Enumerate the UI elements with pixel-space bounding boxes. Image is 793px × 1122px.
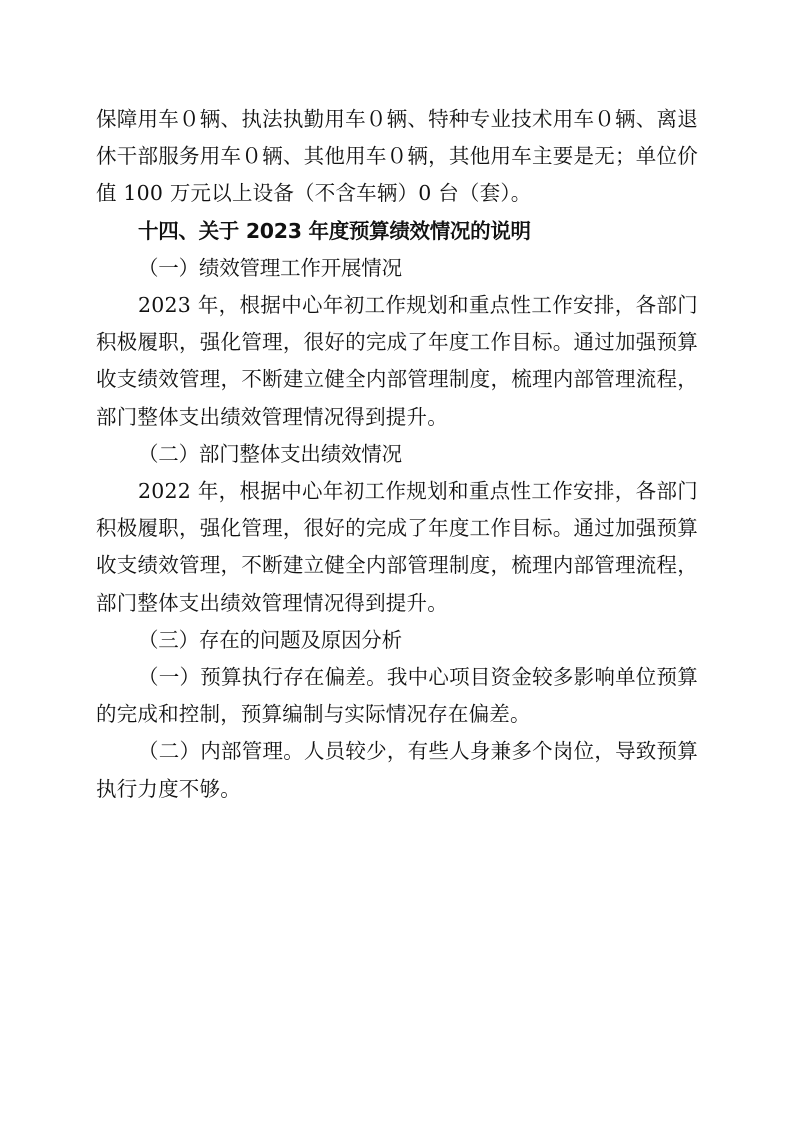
paragraph: （二）内部管理。人员较少，有些人身兼多个岗位，导致预算执行力度不够。 (96, 733, 698, 807)
subsection-overall-expenditure: （二）部门整体支出绩效情况 2022 年，根据中心年初工作规划和重点性工作安排，… (96, 436, 698, 622)
intro-paragraph: 保障用车０辆、执法执勤用车０辆、特种专业技术用车０辆、离退休干部服务用车０辆、其… (96, 101, 698, 213)
section-heading: 十四、关于 2023 年度预算绩效情况的说明 (96, 213, 698, 250)
subsection-heading: （一）绩效管理工作开展情况 (96, 250, 698, 287)
document-page: 保障用车０辆、执法执勤用车０辆、特种专业技术用车０辆、离退休干部服务用车０辆、其… (96, 101, 698, 808)
subsection-heading: （三）存在的问题及原因分析 (96, 622, 698, 659)
paragraph: 2023 年，根据中心年初工作规划和重点性工作安排，各部门积极履职，强化管理，很… (96, 287, 698, 436)
subsection-problems-analysis: （三）存在的问题及原因分析 （一）预算执行存在偏差。我中心项目资金较多影响单位预… (96, 622, 698, 808)
subsection-heading: （二）部门整体支出绩效情况 (96, 436, 698, 473)
paragraph: （一）预算执行存在偏差。我中心项目资金较多影响单位预算的完成和控制，预算编制与实… (96, 659, 698, 733)
section-budget-performance: 十四、关于 2023 年度预算绩效情况的说明 （一）绩效管理工作开展情况 202… (96, 213, 698, 808)
paragraph: 2022 年，根据中心年初工作规划和重点性工作安排，各部门积极履职，强化管理，很… (96, 473, 698, 622)
subsection-performance-management: （一）绩效管理工作开展情况 2023 年，根据中心年初工作规划和重点性工作安排，… (96, 250, 698, 436)
